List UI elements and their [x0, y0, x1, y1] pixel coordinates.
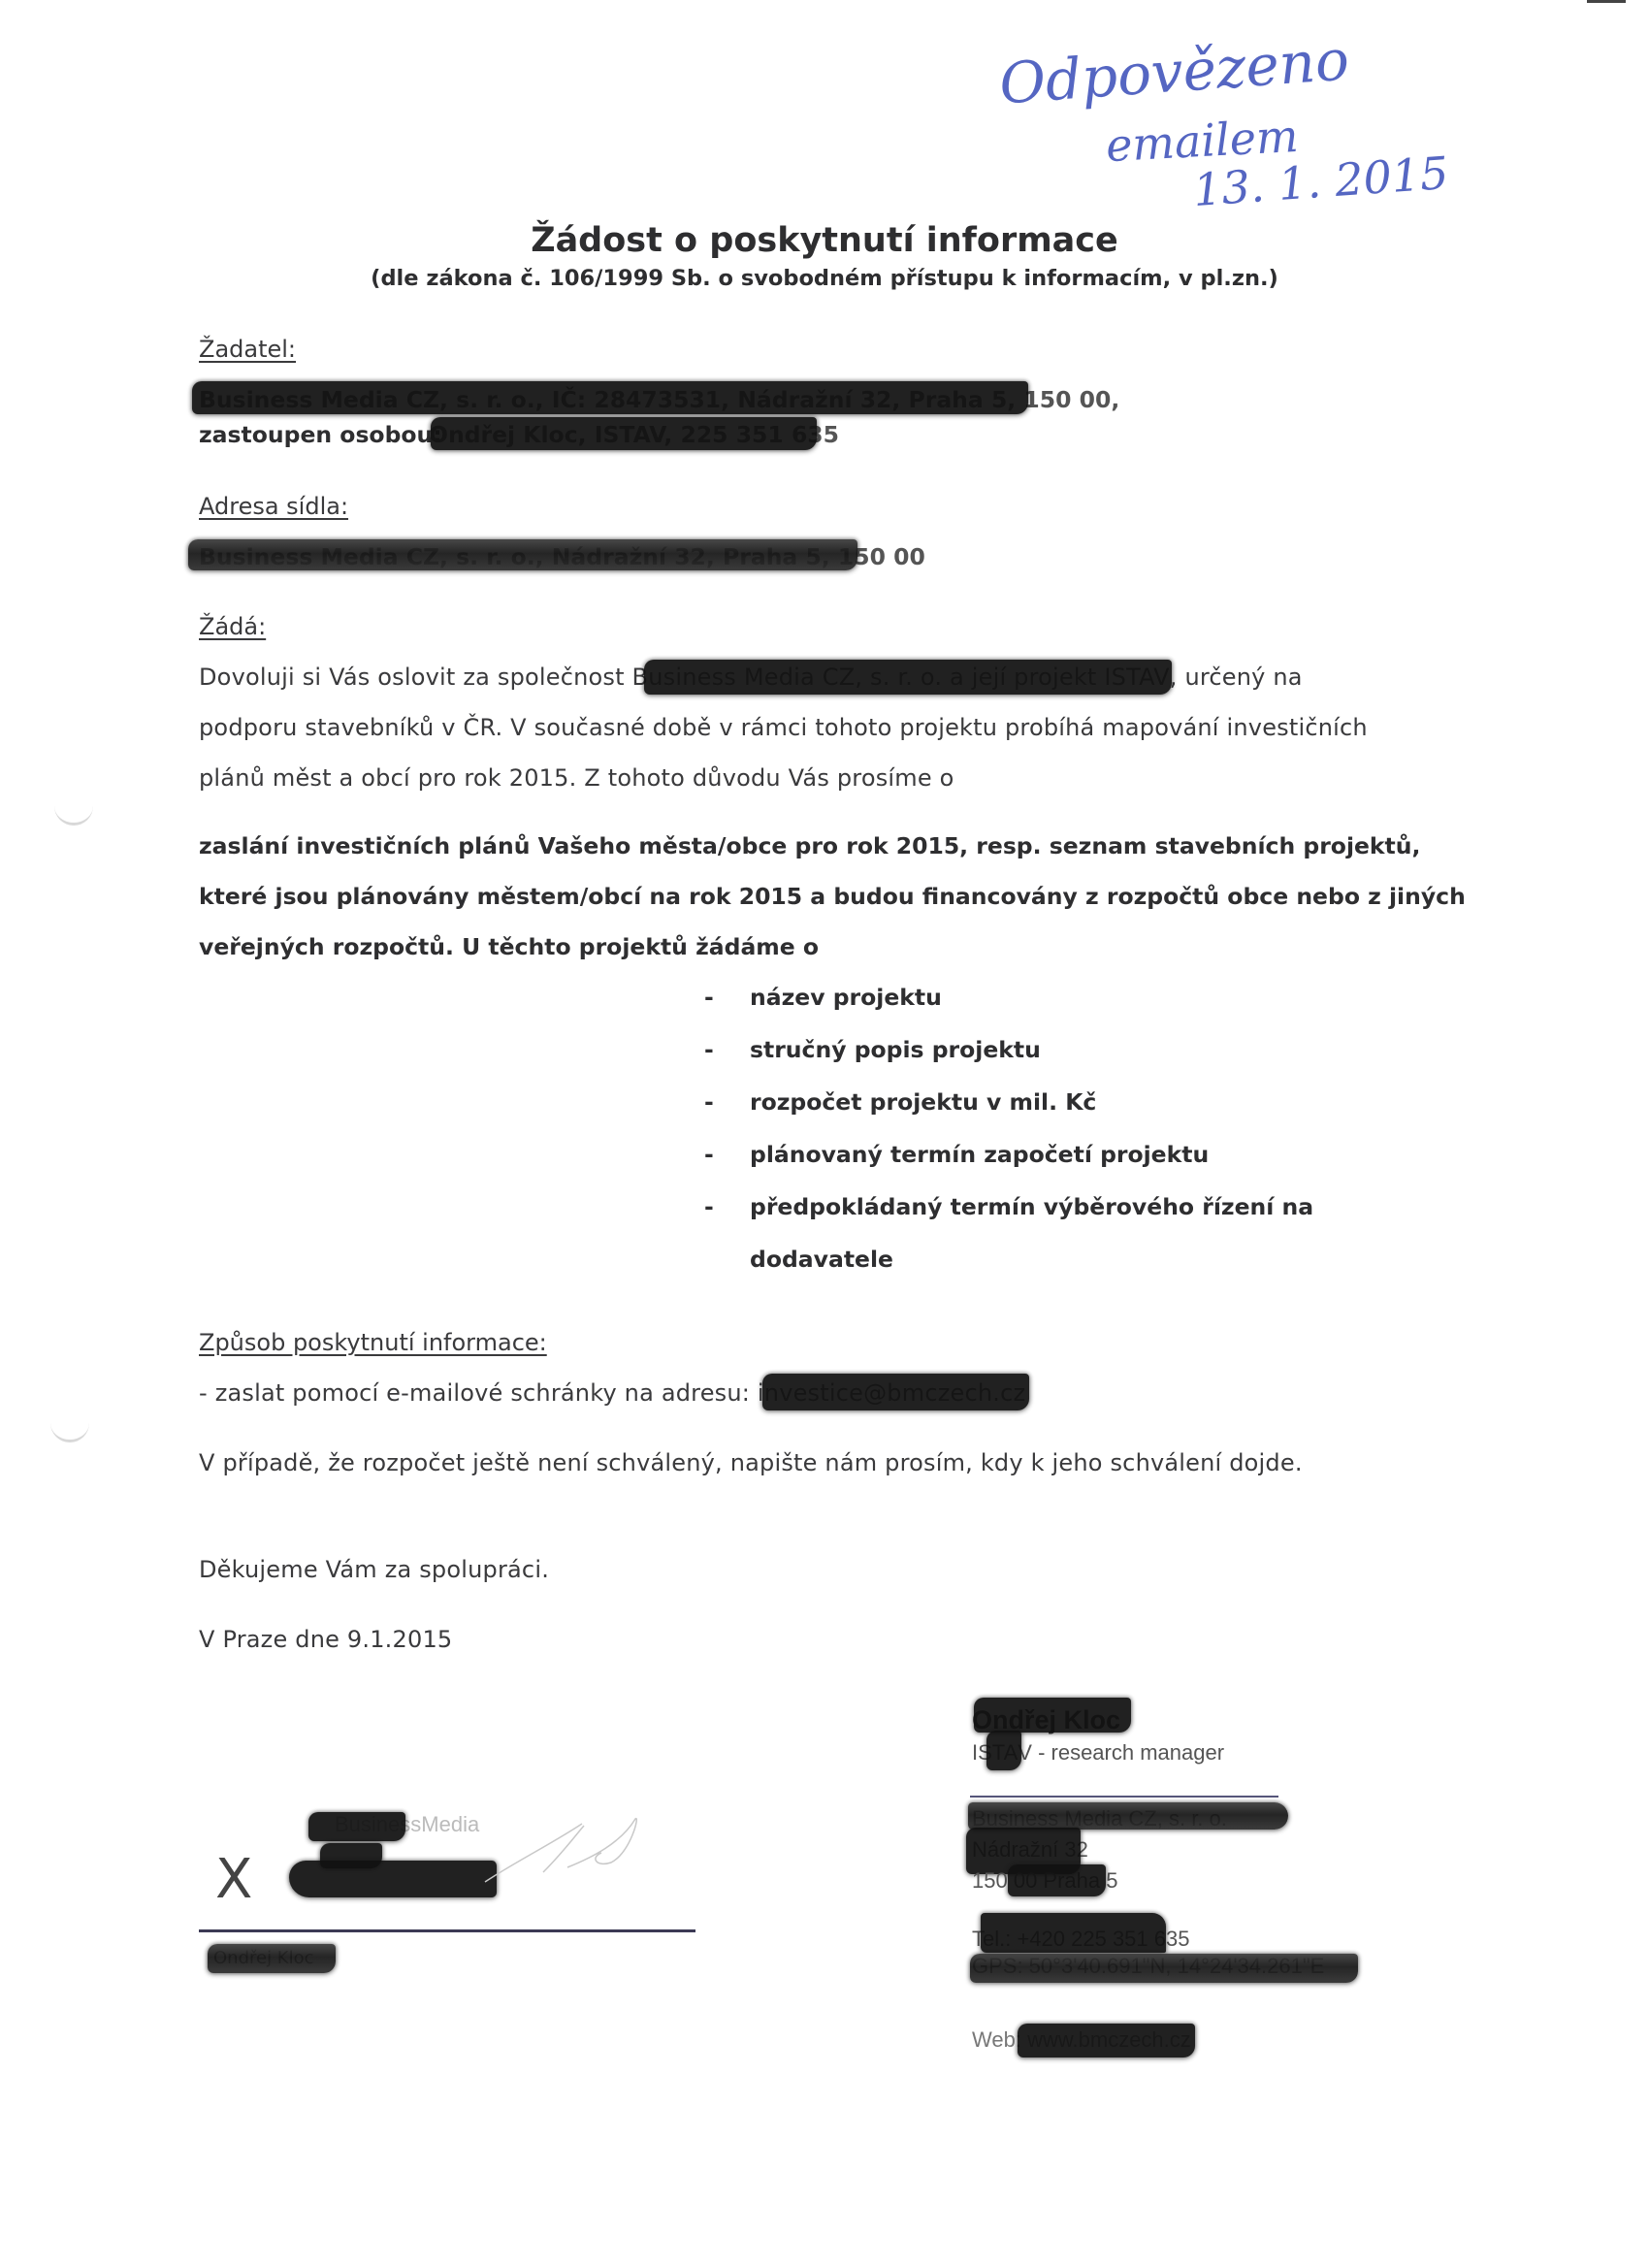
- web-redacted: www.bmczech.cz: [1027, 2027, 1191, 2052]
- closing-place-date: V Praze dne 9.1.2015: [199, 1626, 452, 1653]
- role-redacted: TA: [992, 1740, 1018, 1765]
- request-p1-suffix: , určený na: [1170, 664, 1303, 691]
- web-label: Web:: [972, 2027, 1021, 2052]
- request-bold-line3: veřejných rozpočtů. U těchto projektů žá…: [199, 933, 819, 960]
- redaction-bar: [974, 1698, 1131, 1733]
- sender-city: 150 00 Praha 5: [972, 1868, 1117, 1894]
- redaction-bar: [981, 1913, 1166, 1953]
- redaction-bar: [1008, 1864, 1107, 1896]
- closing-thanks: Děkujeme Vám za spolupráci.: [199, 1556, 549, 1583]
- request-paragraph-line2: podporu stavebníků v ČR. V současné době…: [199, 714, 1368, 741]
- handwritten-signature-icon: [475, 1814, 650, 1892]
- delivery-line-prefix: - zaslat pomocí e-mailové schránky na ad…: [199, 1379, 764, 1407]
- redaction-bar: [192, 381, 1028, 414]
- scan-corner-mark: [1587, 0, 1626, 3]
- delivery-line: - zaslat pomocí e-mailové schránky na ad…: [199, 1379, 1025, 1407]
- bullet-dash: -: [704, 1141, 714, 1168]
- sender-web: Web: www.bmczech.cz: [972, 2027, 1191, 2053]
- delivery-heading: Způsob poskytnutí informace:: [199, 1329, 547, 1356]
- list-item: název projektu: [750, 984, 942, 1011]
- request-paragraph-line3: plánů měst a obcí pro rok 2015. Z tohoto…: [199, 764, 954, 792]
- list-item: plánovaný termín započetí projektu: [750, 1141, 1209, 1168]
- handwritten-note-line1: Odpovězeno: [997, 26, 1351, 116]
- redaction-bar: [188, 539, 857, 570]
- role-suffix: V - research manager: [1018, 1740, 1224, 1765]
- signature-x-mark: X: [215, 1848, 252, 1911]
- redaction-bar: [1018, 2024, 1195, 2057]
- redaction-bar: [289, 1861, 497, 1897]
- bullet-dash: -: [704, 1088, 714, 1116]
- request-paragraph-line1: Dovoluji si Vás oslovit za společnost Bu…: [199, 664, 1303, 691]
- bullet-dash: -: [704, 1036, 714, 1063]
- hole-punch-mark: [50, 1418, 89, 1442]
- city-prefix: 150: [972, 1868, 1008, 1893]
- bullet-dash: -: [704, 1193, 714, 1220]
- redaction-bar: [970, 1954, 1358, 1983]
- contact-divider: [970, 1796, 1278, 1798]
- document-subtitle: (dle zákona č. 106/1999 Sb. o svobodném …: [0, 266, 1649, 291]
- city-suffix: 5: [1106, 1868, 1117, 1893]
- address-heading: Adresa sídla:: [199, 493, 348, 520]
- signature-line: [199, 1929, 695, 1932]
- applicant-line2-label: zastoupen osobou:: [199, 421, 442, 448]
- bullet-dash: -: [704, 984, 714, 1011]
- list-item: předpokládaný termín výběrového řízení n…: [750, 1193, 1313, 1220]
- request-bold-line2: které jsou plánovány městem/obcí na rok …: [199, 883, 1466, 910]
- redaction-bar: [644, 660, 1172, 695]
- hole-punch-mark: [54, 801, 93, 826]
- redaction-bar: [986, 1731, 1021, 1770]
- request-p1-prefix: Dovoluji si Vás oslovit za společnost B: [199, 664, 648, 691]
- list-item: rozpočet projektu v mil. Kč: [750, 1088, 1096, 1116]
- phone-suffix: 35: [1166, 1927, 1189, 1951]
- request-bold-line1: zaslání investičních plánů Vašeho města/…: [199, 832, 1420, 859]
- request-heading: Žádá:: [199, 613, 266, 640]
- request-p1-redacted: usiness Media CZ, s. r. o. a její projek…: [648, 664, 1170, 691]
- delivery-note: V případě, že rozpočet ještě není schvál…: [199, 1449, 1303, 1476]
- document-title: Žádost o poskytnutí informace: [0, 221, 1649, 260]
- city-redacted: 00 Praha: [1008, 1868, 1107, 1893]
- phone-redacted: el.: +420 225 351 6: [983, 1927, 1166, 1951]
- list-item: dodavatele: [750, 1246, 893, 1273]
- redaction-bar: [968, 1802, 1288, 1830]
- redaction-bar: [762, 1374, 1030, 1410]
- redaction-bar: [431, 417, 817, 450]
- sender-phone: Tel.: +420 225 351 635: [972, 1927, 1189, 1952]
- sender-role: ISTAV - research manager: [972, 1740, 1224, 1766]
- delivery-email: nvestice@bmczech.cz: [764, 1379, 1026, 1407]
- redaction-bar: [308, 1812, 405, 1841]
- redaction-bar: [208, 1944, 336, 1973]
- list-item: stručný popis projektu: [750, 1036, 1041, 1063]
- applicant-heading: Žadatel:: [199, 336, 296, 363]
